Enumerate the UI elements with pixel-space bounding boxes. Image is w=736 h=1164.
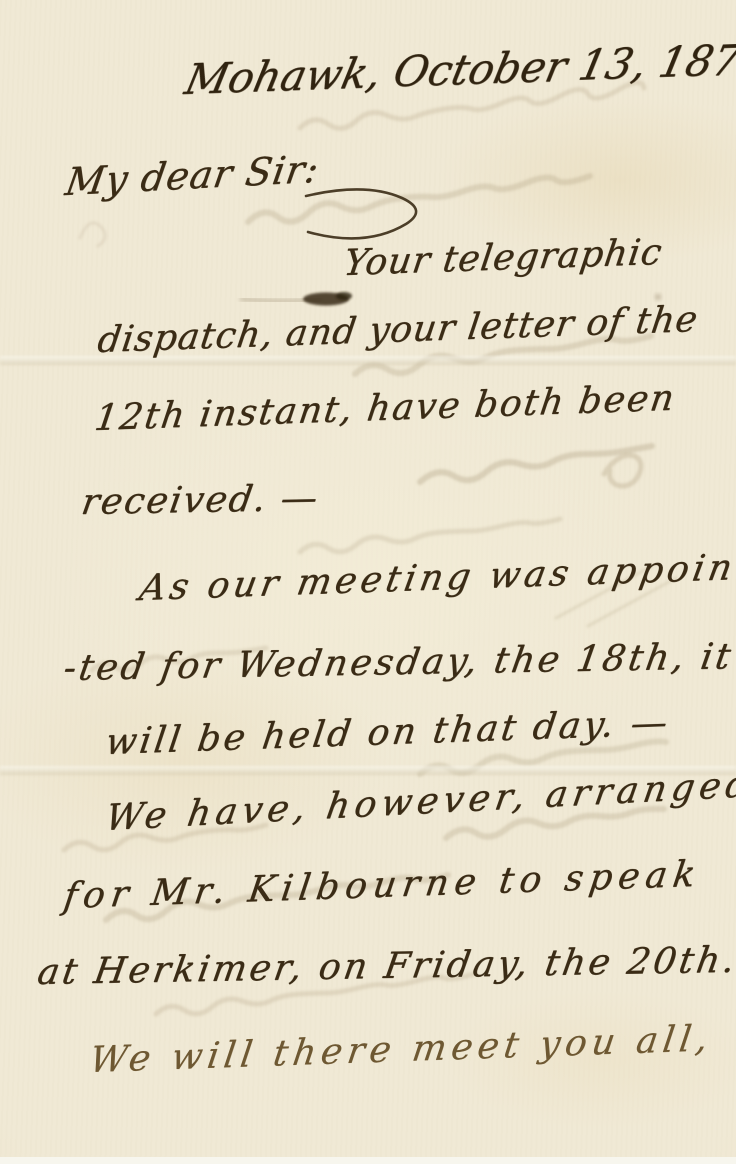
letter-scan-page: Mohawk, October 13, 1876. My dear Sir: Y…	[0, 0, 736, 1164]
salutation-flourish	[306, 189, 416, 238]
scan-edge	[0, 1157, 736, 1164]
letter-line: received. —	[79, 478, 323, 523]
